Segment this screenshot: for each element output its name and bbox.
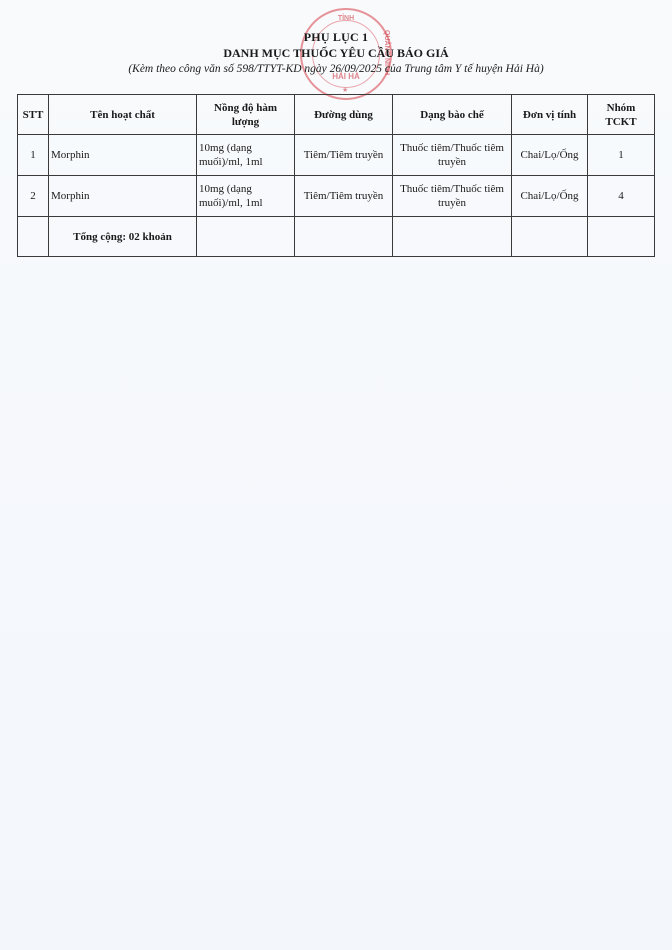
cell-empty — [512, 217, 588, 257]
col-header-stt: STT — [18, 95, 49, 135]
cell-route: Tiêm/Tiêm truyền — [295, 135, 393, 176]
table-row: 1 Morphin 10mg (dạng muối)/ml, 1ml Tiêm/… — [18, 135, 655, 176]
cell-dosage-form: Thuốc tiêm/Thuốc tiêm truyền — [393, 176, 512, 217]
cell-empty — [295, 217, 393, 257]
col-header-strength: Nồng độ hàm lượng — [197, 95, 295, 135]
cell-group: 4 — [588, 176, 655, 217]
document-subtitle: (Kèm theo công văn số 598/TTYT-KD ngày 2… — [0, 63, 672, 75]
table-header-row: STT Tên hoạt chất Nồng độ hàm lượng Đườn… — [18, 95, 655, 135]
col-header-group: Nhóm TCKT — [588, 95, 655, 135]
cell-unit: Chai/Lọ/Ống — [512, 176, 588, 217]
cell-empty — [18, 217, 49, 257]
cell-dosage-form: Thuốc tiêm/Thuốc tiêm truyền — [393, 135, 512, 176]
col-header-active-ingredient: Tên hoạt chất — [49, 95, 197, 135]
cell-route: Tiêm/Tiêm truyền — [295, 176, 393, 217]
col-header-route: Đường dùng — [295, 95, 393, 135]
cell-strength: 10mg (dạng muối)/ml, 1ml — [197, 176, 295, 217]
drug-list-table: STT Tên hoạt chất Nồng độ hàm lượng Đườn… — [17, 94, 655, 257]
cell-active-ingredient: Morphin — [49, 176, 197, 217]
col-header-unit: Đơn vị tính — [512, 95, 588, 135]
cell-strength: 10mg (dạng muối)/ml, 1ml — [197, 135, 295, 176]
cell-empty — [393, 217, 512, 257]
cell-empty — [588, 217, 655, 257]
cell-active-ingredient: Morphin — [49, 135, 197, 176]
cell-stt: 2 — [18, 176, 49, 217]
col-header-dosage-form: Dạng bào chế — [393, 95, 512, 135]
table-total-row: Tổng cộng: 02 khoản — [18, 217, 655, 257]
table-row: 2 Morphin 10mg (dạng muối)/ml, 1ml Tiêm/… — [18, 176, 655, 217]
cell-stt: 1 — [18, 135, 49, 176]
document-title: DANH MỤC THUỐC YÊU CẦU BÁO GIÁ — [0, 46, 672, 61]
cell-unit: Chai/Lọ/Ống — [512, 135, 588, 176]
cell-group: 1 — [588, 135, 655, 176]
cell-empty — [197, 217, 295, 257]
total-count-label: Tổng cộng: 02 khoản — [49, 217, 197, 257]
appendix-heading: PHỤ LỤC 1 — [0, 30, 672, 45]
